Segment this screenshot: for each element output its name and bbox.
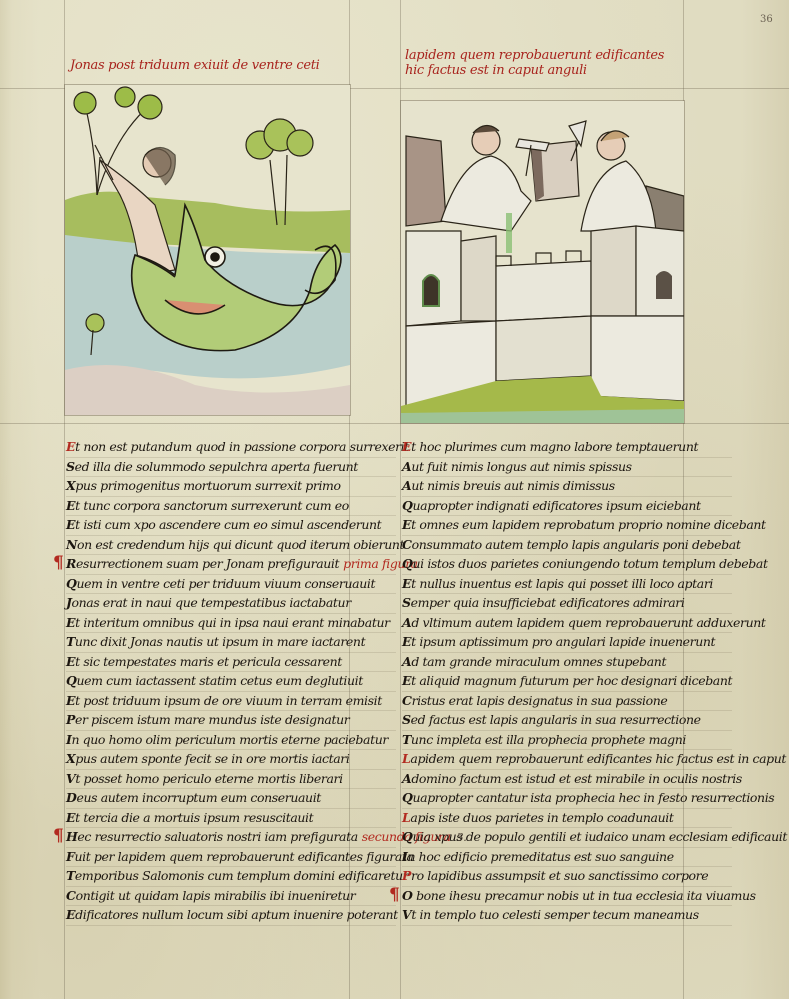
text-line: Vt posset homo periculo eterne mortis li… <box>66 770 396 790</box>
builders-cornerstone-drawing <box>401 101 684 423</box>
text-line: In hoc edificio premeditatus est suo san… <box>402 848 732 868</box>
right-text-column: Et hoc plurimes cum magno labore temptau… <box>402 438 732 926</box>
text-line: Et non est putandum quod in passione cor… <box>66 438 396 458</box>
text-line: Sed factus est lapis angularis in sua re… <box>402 711 732 731</box>
text-line: Ad tam grande miraculum omnes stupebant <box>402 653 732 673</box>
text-line: Adomino factum est istud et est mirabile… <box>402 770 732 790</box>
text-line: Sed illa die solummodo sepulchra aperta … <box>66 458 396 478</box>
text-line: Et post triduum ipsum de ore viuum in te… <box>66 692 396 712</box>
left-caption: Jonas post triduum exiuit de ventre ceti <box>70 58 350 73</box>
text-line-rubricated: ¶Resurrectionem suam per Jonam prefigura… <box>66 555 396 575</box>
text-line: In quo homo olim periculum mortis eterne… <box>66 731 396 751</box>
text-line: Consummato autem templo lapis angularis … <box>402 536 732 556</box>
text-line: Tunc impleta est illa prophecia prophete… <box>402 731 732 751</box>
text-line: Quem in ventre ceti per triduum viuum co… <box>66 575 396 595</box>
text-line: Pro lapidibus assumpsit et suo sanctissi… <box>402 867 732 887</box>
text-line: Lapis iste duos parietes in templo coadu… <box>402 809 732 829</box>
text-line: Vt in templo tuo celesti semper tecum ma… <box>402 906 732 926</box>
text-line: Xpus autem sponte fecit se in ore mortis… <box>66 750 396 770</box>
text-line: Et aliquid magnum futurum per hoc design… <box>402 672 732 692</box>
text-line: Quapropter indignati edificatores ipsum … <box>402 497 732 517</box>
text-line: Et sic tempestates maris et pericula ces… <box>66 653 396 673</box>
text-line: Per piscem istum mare mundus iste design… <box>66 711 396 731</box>
text-line: Edificatores nullum locum sibi aptum inu… <box>66 906 396 926</box>
whale-jonah-illustration <box>64 84 351 416</box>
text-line: Et hoc plurimes cum magno labore temptau… <box>402 438 732 458</box>
text-line: Lapidem quem reprobauerunt edificantes h… <box>402 750 732 770</box>
text-line: Deus autem incorruptum eum conseruauit <box>66 789 396 809</box>
text-line: Jonas erat in naui que tempestatibus iac… <box>66 594 396 614</box>
builders-cornerstone-illustration <box>400 100 685 424</box>
text-line: Tunc dixit Jonas nautis ut ipsum in mare… <box>66 633 396 653</box>
right-caption: lapidem quem reprobauerunt edificantes h… <box>405 48 685 78</box>
text-line-rubricated: ¶Hec resurrectio saluatoris nostri iam p… <box>66 828 396 848</box>
text-line: Non est credendum hijs qui dicunt quod i… <box>66 536 396 556</box>
manuscript-page: 36 Jonas post triduum exiuit de ventre c… <box>0 0 789 999</box>
text-line: Xpus primogenitus mortuorum surrexit pri… <box>66 477 396 497</box>
text-line: Et omnes eum lapidem reprobatum proprio … <box>402 516 732 536</box>
text-line: Semper quia insufficiebat edificatores a… <box>402 594 732 614</box>
text-line: Et isti cum xpo ascendere cum eo simul a… <box>66 516 396 536</box>
text-line: Et nullus inuentus est lapis qui posset … <box>402 575 732 595</box>
pilcrow-icon: ¶ <box>53 827 63 846</box>
text-line-rubricated: ¶O bone ihesu precamur nobis ut in tua e… <box>402 887 732 907</box>
text-line: Fuit per lapidem quem reprobauerunt edif… <box>66 848 396 868</box>
text-line: Aut nimis breuis aut nimis dimissus <box>402 477 732 497</box>
text-line: Temporibus Salomonis cum templum domini … <box>66 867 396 887</box>
text-line: Quia xpus de populo gentili et iudaico u… <box>402 828 732 848</box>
text-line: Contigit ut quidam lapis mirabilis ibi i… <box>66 887 396 907</box>
text-line: Qui istos duos parietes coniungendo totu… <box>402 555 732 575</box>
folio-number: 36 <box>760 14 773 25</box>
text-line: Et tunc corpora sanctorum surrexerunt cu… <box>66 497 396 517</box>
text-line: Quem cum iactassent statim cetus eum deg… <box>66 672 396 692</box>
text-line: Cristus erat lapis designatus in sua pas… <box>402 692 732 712</box>
whale-jonah-drawing <box>65 85 350 415</box>
text-line: Et ipsum aptissimum pro angulari lapide … <box>402 633 732 653</box>
text-line: Ad vltimum autem lapidem quem reprobauer… <box>402 614 732 634</box>
text-line: Et interitum omnibus qui in ipsa naui er… <box>66 614 396 634</box>
text-line: Aut fuit nimis longus aut nimis spissus <box>402 458 732 478</box>
pilcrow-icon: ¶ <box>53 554 63 573</box>
text-line: Quapropter cantatur ista prophecia hec i… <box>402 789 732 809</box>
pilcrow-icon: ¶ <box>389 886 399 905</box>
text-line: Et tercia die a mortuis ipsum resuscitau… <box>66 809 396 829</box>
left-text-column: Et non est putandum quod in passione cor… <box>66 438 396 926</box>
